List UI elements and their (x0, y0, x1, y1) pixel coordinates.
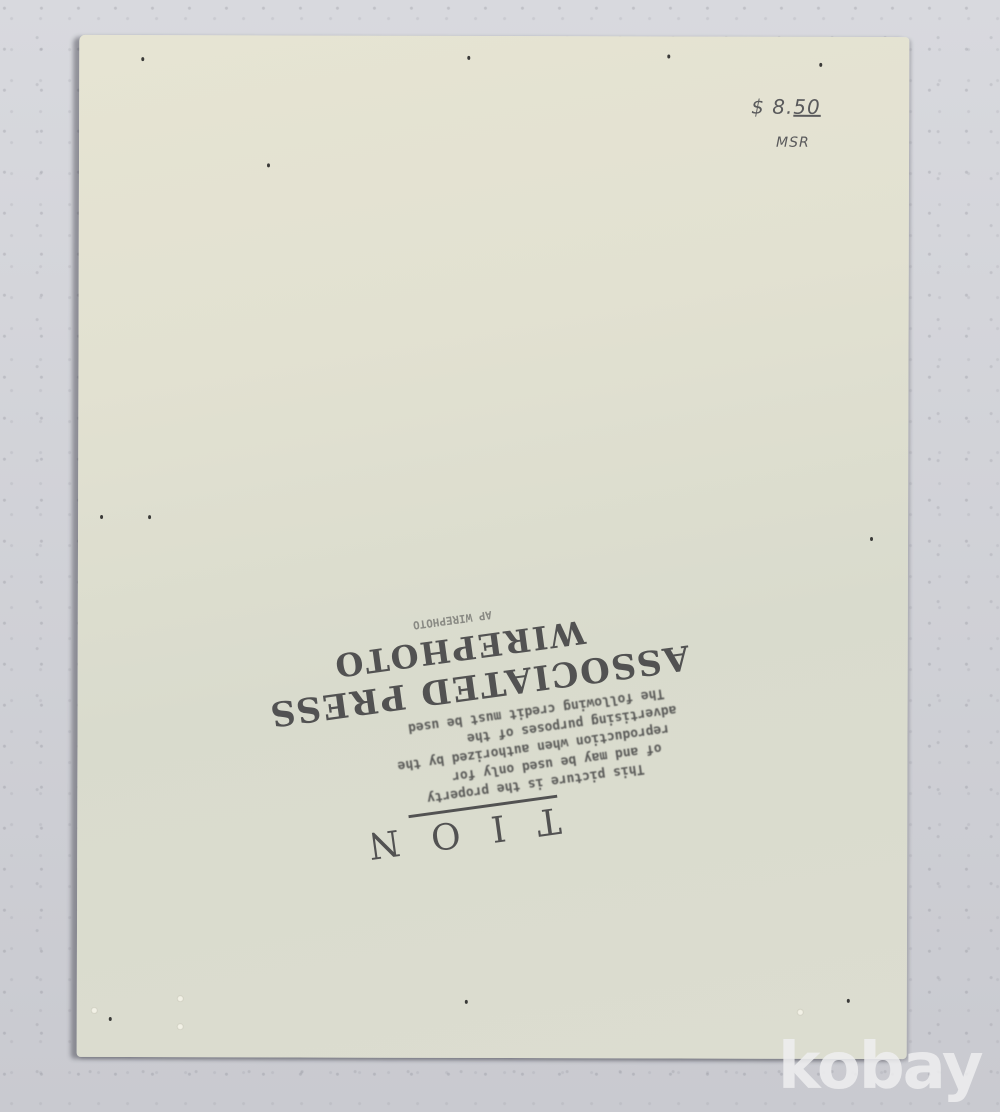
pinhole-mark (819, 63, 822, 67)
pinhole-mark (465, 1000, 468, 1004)
pinhole-mark (109, 1017, 112, 1021)
pinhole-mark (467, 56, 470, 60)
pin-dent (177, 1023, 184, 1030)
pinhole-mark (847, 999, 850, 1003)
pin-dent (177, 995, 184, 1002)
ap-wirephoto-stamp: T I O N This picture is the property of … (243, 577, 713, 885)
pinhole-mark (148, 515, 151, 519)
kobay-watermark: kobay (778, 1030, 982, 1104)
pinhole-mark (100, 515, 103, 519)
photo-back-paper: $ 8.50 MSR T I O N This picture is the p… (77, 35, 910, 1059)
pinhole-mark (267, 163, 270, 167)
handwritten-price: $ 8.50 (751, 95, 821, 119)
pinhole-mark (870, 537, 873, 541)
pinhole-mark (141, 57, 144, 61)
handwritten-initials: MSR (776, 135, 810, 151)
pin-dent (91, 1007, 98, 1014)
pinhole-mark (667, 54, 670, 58)
pin-dent (797, 1009, 804, 1016)
